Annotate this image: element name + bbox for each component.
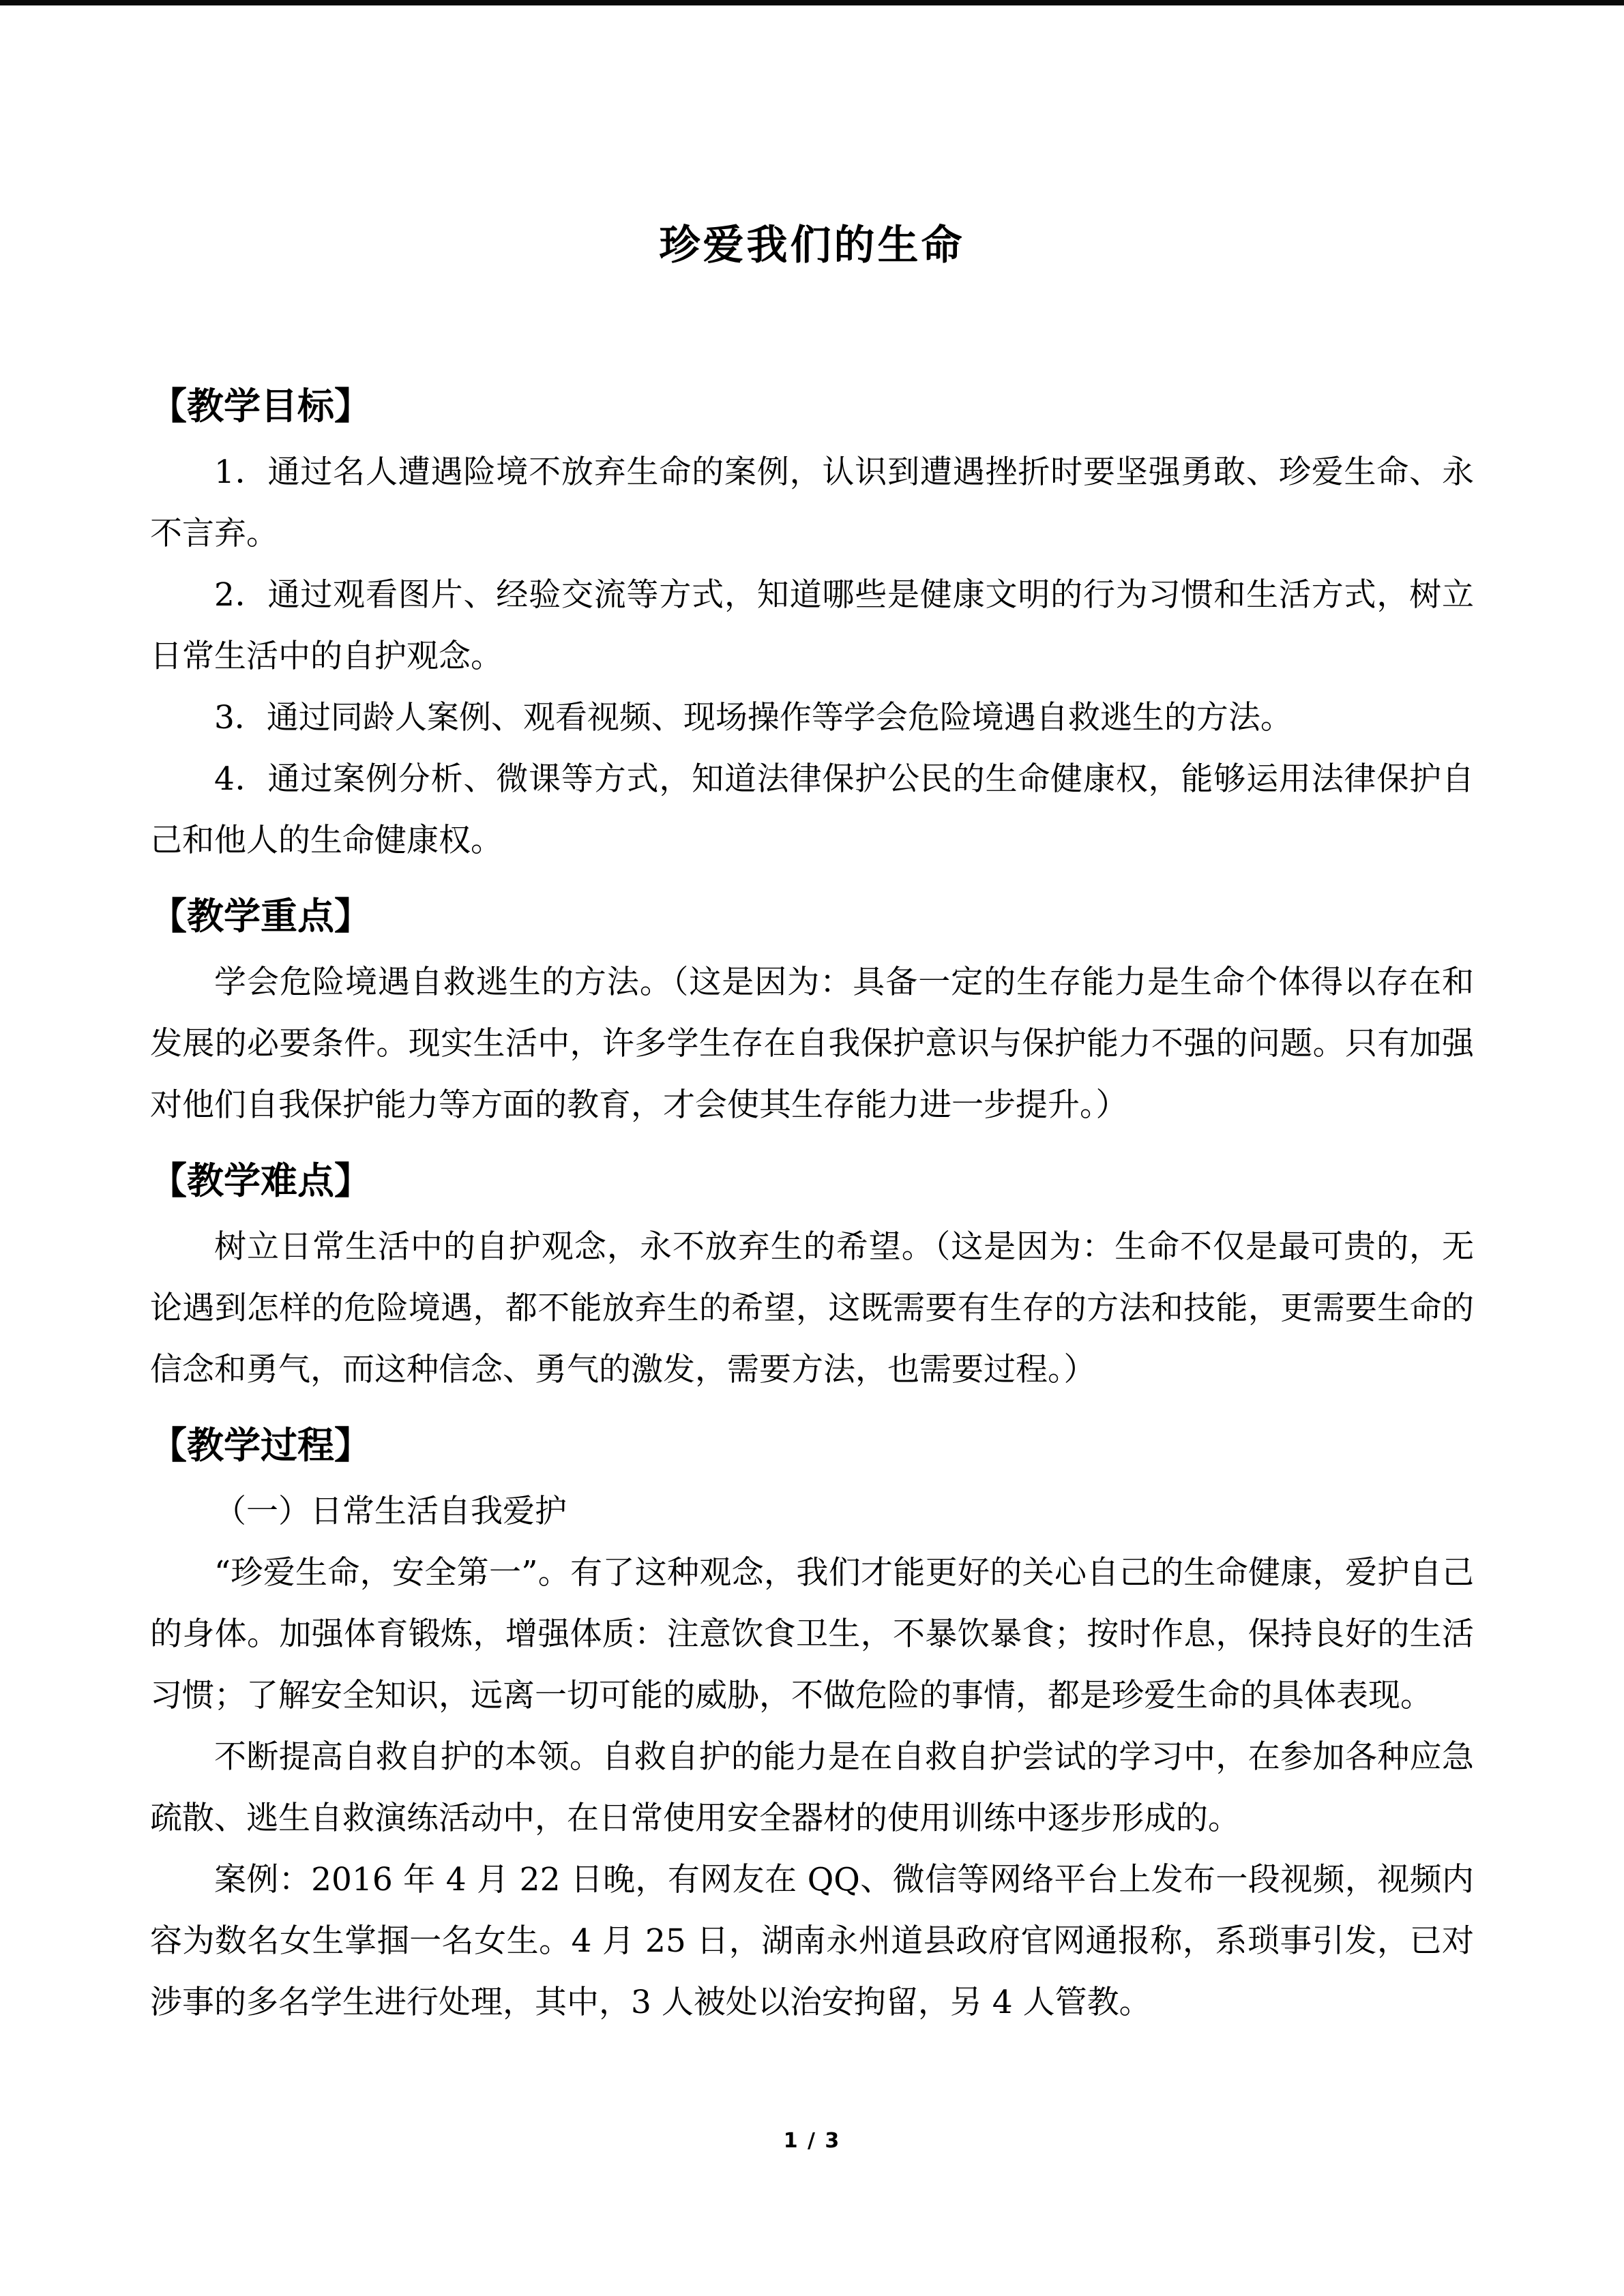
- top-edge-bar: [0, 0, 1624, 5]
- objective-item-1: 1．通过名人遭遇险境不放弃生命的案例，认识到遭遇挫折时要坚强勇敢、珍爱生命、永不…: [150, 442, 1474, 565]
- difficulties-paragraph: 树立日常生活中的自护观念，永不放弃生的希望。（这是因为：生命不仅是最可贵的，无论…: [150, 1217, 1474, 1401]
- objective-item-2: 2．通过观看图片、经验交流等方式，知道哪些是健康文明的行为习惯和生活方式，树立日…: [150, 565, 1474, 687]
- section-heading-key-points: 【教学重点】: [150, 892, 1474, 940]
- section-heading-process: 【教学过程】: [150, 1421, 1474, 1469]
- objective-item-4: 4．通过案例分析、微课等方式，知道法律保护公民的生命健康权，能够运用法律保护自己…: [150, 749, 1474, 871]
- process-paragraph-case: 案例：2016 年 4 月 22 日晚，有网友在 QQ、微信等网络平台上发布一段…: [150, 1849, 1474, 2033]
- process-subheading-1: （一）日常生活自我爱护: [150, 1481, 1474, 1542]
- section-teaching-objectives: 【教学目标】 1．通过名人遭遇险境不放弃生命的案例，认识到遭遇挫折时要坚强勇敢、…: [150, 382, 1474, 871]
- page-title: 珍爱我们的生命: [150, 218, 1474, 273]
- section-teaching-key-points: 【教学重点】 学会危险境遇自救逃生的方法。（这是因为：具备一定的生存能力是生命个…: [150, 892, 1474, 1136]
- page-number: 1 / 3: [0, 2129, 1624, 2153]
- section-heading-objectives: 【教学目标】: [150, 382, 1474, 430]
- key-points-paragraph: 学会危险境遇自救逃生的方法。（这是因为：具备一定的生存能力是生命个体得以存在和发…: [150, 952, 1474, 1136]
- process-paragraph-2: 不断提高自救自护的本领。自救自护的能力是在自救自护尝试的学习中，在参加各种应急疏…: [150, 1727, 1474, 1849]
- section-heading-difficulties: 【教学难点】: [150, 1157, 1474, 1204]
- section-teaching-process: 【教学过程】 （一）日常生活自我爱护 “珍爱生命，安全第一”。有了这种观念，我们…: [150, 1421, 1474, 2033]
- section-teaching-difficulties: 【教学难点】 树立日常生活中的自护观念，永不放弃生的希望。（这是因为：生命不仅是…: [150, 1157, 1474, 1401]
- document-page: 珍爱我们的生命 【教学目标】 1．通过名人遭遇险境不放弃生命的案例，认识到遭遇挫…: [0, 218, 1624, 2033]
- objective-item-3: 3．通过同龄人案例、观看视频、现场操作等学会危险境遇自救逃生的方法。: [150, 687, 1474, 749]
- process-paragraph-1: “珍爱生命，安全第一”。有了这种观念，我们才能更好的关心自己的生命健康，爱护自己…: [150, 1542, 1474, 1727]
